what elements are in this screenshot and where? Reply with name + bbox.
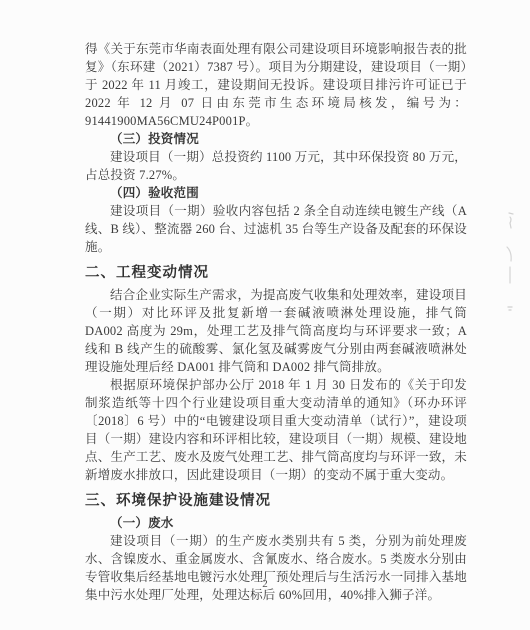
paragraph-approval-continuation: 得《关于东莞市华南表面处理有限公司建设项目环境影响报告表的批复》（东环建（202… [85,40,467,130]
heading-acceptance-scope: （四）验收范围 [85,184,467,202]
paragraph-wastewater: 建设项目（一期）的生产废水类别共有 5 类，分别为前处理废水、含镍废水、重金属废… [85,532,467,604]
paragraph-project-changes-2: 根据原环境保护部办公厅 2018 年 1 月 30 日发布的《关于印发制浆造纸等… [85,376,467,484]
document-page: 得《关于东莞市华南表面处理有限公司建设项目环境影响报告表的批复》（东环建（202… [0,0,530,630]
scan-margin-smudge-marks [497,205,519,320]
section-heading-project-changes: 二、工程变动情况 [85,263,467,283]
page-number: 2 [0,578,530,590]
document-content: 得《关于东莞市华南表面处理有限公司建设项目环境影响报告表的批复》（东环建（202… [85,40,467,604]
paragraph-acceptance-scope: 建设项目（一期）验收内容包括 2 条全自动连续电镀生产线（A 线、B 线）、整流… [85,202,467,256]
paragraph-investment: 建设项目（一期）总投资约 1100 万元，其中环保投资 80 万元，占总投资 7… [85,148,467,184]
heading-wastewater: （一）废水 [85,514,467,532]
paragraph-project-changes-1: 结合企业实际生产需求，为提高废气收集和处理效率，建设项目（一期）对比环评及批复新… [85,286,467,376]
heading-investment: （三）投资情况 [85,130,467,148]
section-heading-env-protection: 三、环境保护设施建设情况 [85,491,467,511]
